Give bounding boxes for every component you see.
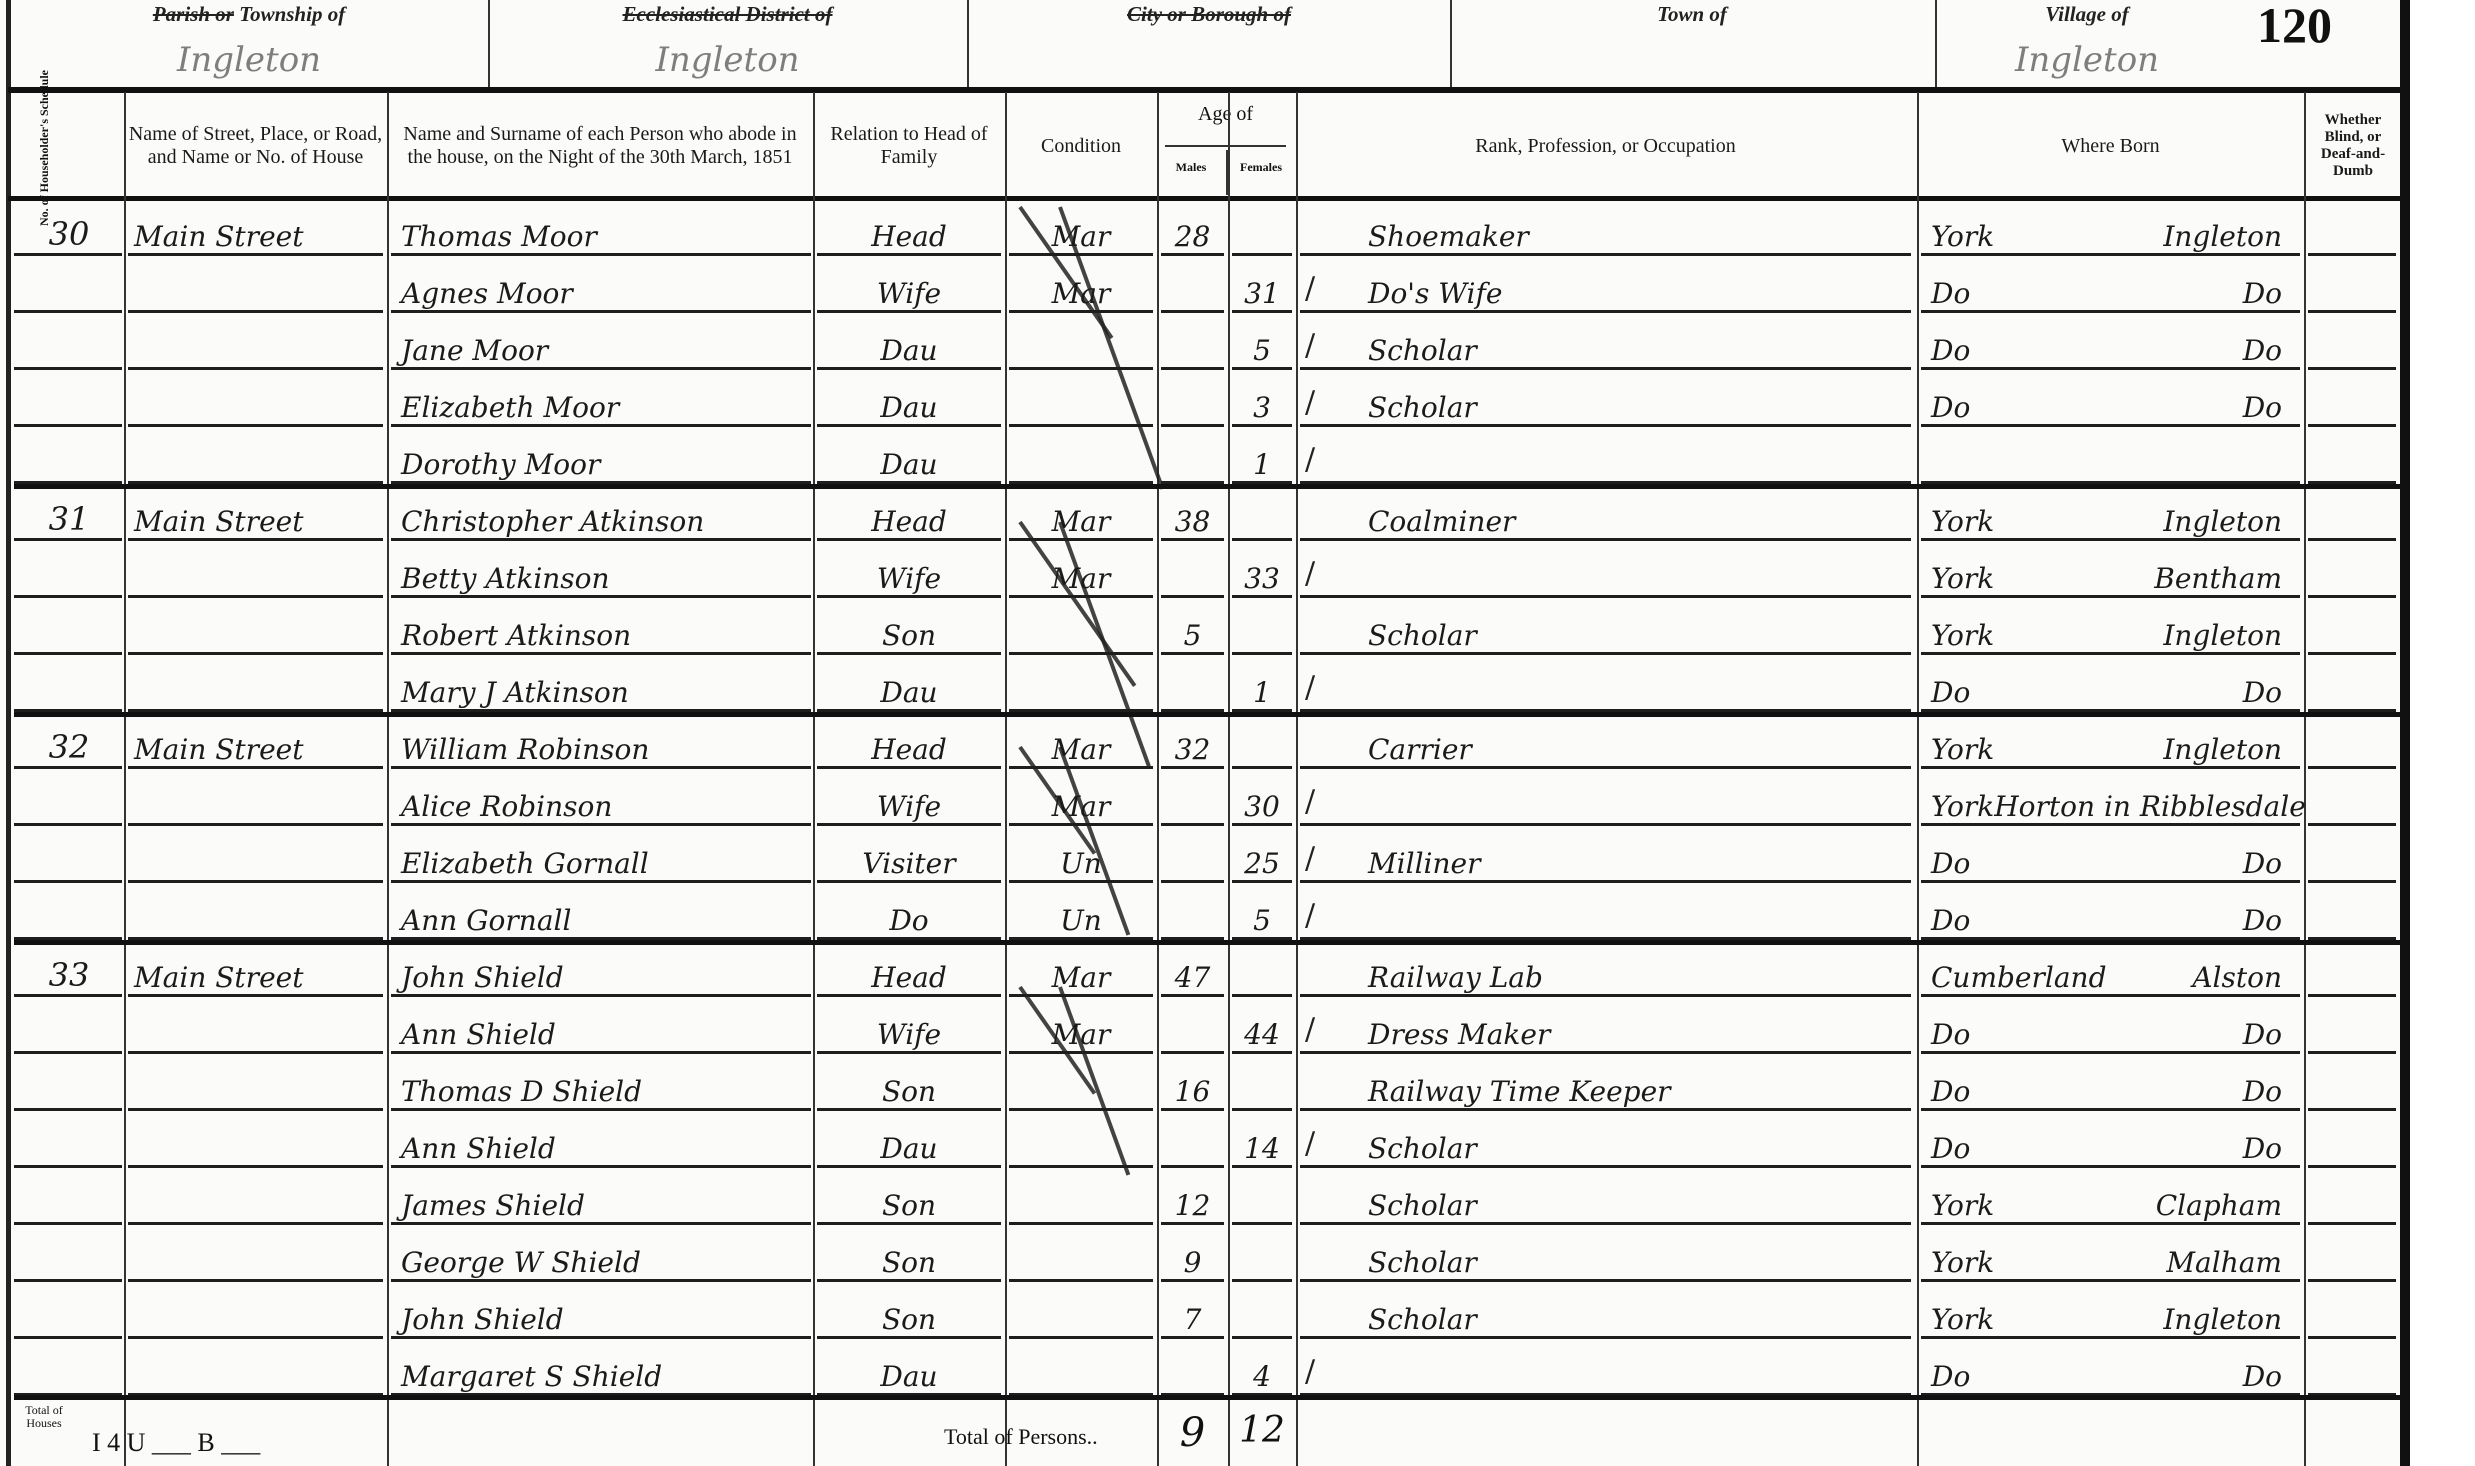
condition: Mar bbox=[1007, 943, 1155, 1000]
born-place: Do bbox=[2243, 391, 2282, 424]
condition bbox=[1007, 430, 1155, 487]
age-female bbox=[1230, 601, 1294, 658]
table-row: 32Main StreetWilliam RobinsonHeadMar32Ca… bbox=[14, 715, 2400, 772]
relation: Dau bbox=[815, 316, 1003, 373]
age-female: 5 bbox=[1230, 886, 1294, 943]
table-row: Betty AtkinsonWifeMar33YorkBentham bbox=[14, 544, 2400, 601]
table-row: James ShieldSon12ScholarYorkClapham bbox=[14, 1171, 2400, 1228]
blind-deaf bbox=[2306, 1342, 2400, 1399]
relation: Head bbox=[815, 715, 1003, 772]
age-male: 7 bbox=[1159, 1285, 1226, 1342]
relation: Dau bbox=[815, 1342, 1003, 1399]
age-male bbox=[1159, 1342, 1226, 1399]
street-name bbox=[126, 658, 385, 715]
street-name: Main Street bbox=[126, 202, 385, 259]
street-name bbox=[126, 1114, 385, 1171]
street-name bbox=[126, 1342, 385, 1399]
relation: Son bbox=[815, 1057, 1003, 1114]
folio-number: 120 bbox=[2257, 0, 2332, 54]
age-male: 47 bbox=[1159, 943, 1226, 1000]
street-name bbox=[126, 886, 385, 943]
where-born: DoDo bbox=[1919, 373, 2302, 430]
condition bbox=[1007, 316, 1155, 373]
parish-label: Township of bbox=[239, 2, 345, 26]
born-county: Cumberland bbox=[1931, 961, 2107, 994]
born-county: York bbox=[1931, 790, 1994, 823]
occupation: Dress Maker bbox=[1298, 1000, 1913, 1057]
blind-deaf bbox=[2306, 943, 2400, 1000]
totals-row: Total of Houses I 4 U ___ B ___ Total of… bbox=[14, 1400, 2400, 1466]
born-place: Malham bbox=[2166, 1246, 2282, 1279]
person-name: Mary J Atkinson bbox=[389, 658, 811, 715]
born-county: Do bbox=[1931, 1360, 1970, 1393]
blind-deaf bbox=[2306, 1171, 2400, 1228]
occupation: Railway Time Keeper bbox=[1298, 1057, 1913, 1114]
blind-deaf bbox=[2306, 658, 2400, 715]
occupation bbox=[1298, 1342, 1913, 1399]
table-row: Elizabeth GornallVisiterUn25MillinerDoDo bbox=[14, 829, 2400, 886]
condition: Mar bbox=[1007, 1000, 1155, 1057]
person-name: James Shield bbox=[389, 1171, 811, 1228]
schedule-number bbox=[14, 1171, 124, 1228]
born-county: York bbox=[1931, 619, 1994, 652]
age-female: 25 bbox=[1230, 829, 1294, 886]
relation: Son bbox=[815, 1171, 1003, 1228]
condition bbox=[1007, 1228, 1155, 1285]
condition: Un bbox=[1007, 886, 1155, 943]
table-row: 33Main StreetJohn ShieldHeadMar47Railway… bbox=[14, 943, 2400, 1000]
person-name: Christopher Atkinson bbox=[389, 487, 811, 544]
where-born: DoDo bbox=[1919, 316, 2302, 373]
ecclesiastical-label: Ecclesiastical District of bbox=[623, 2, 833, 26]
age-male bbox=[1159, 430, 1226, 487]
born-place: Ingleton bbox=[2163, 733, 2282, 766]
table-row: Dorothy MoorDau1 bbox=[14, 430, 2400, 487]
table-row: Ann ShieldWifeMar44Dress MakerDoDo bbox=[14, 1000, 2400, 1057]
blind-deaf bbox=[2306, 544, 2400, 601]
relation: Head bbox=[815, 487, 1003, 544]
blind-deaf bbox=[2306, 1114, 2400, 1171]
occupation: Scholar bbox=[1298, 1228, 1913, 1285]
age-male bbox=[1159, 544, 1226, 601]
age-female: 14 bbox=[1230, 1114, 1294, 1171]
where-born: DoDo bbox=[1919, 1114, 2302, 1171]
blind-deaf bbox=[2306, 886, 2400, 943]
parish-label-struck: Parish or bbox=[153, 2, 234, 26]
street-name bbox=[126, 544, 385, 601]
person-name: John Shield bbox=[389, 943, 811, 1000]
relation: Visiter bbox=[815, 829, 1003, 886]
age-female: 1 bbox=[1230, 430, 1294, 487]
occupation bbox=[1298, 886, 1913, 943]
age-female bbox=[1230, 487, 1294, 544]
header-rule bbox=[8, 87, 2400, 93]
table-row: John ShieldSon7ScholarYorkIngleton bbox=[14, 1285, 2400, 1342]
age-male bbox=[1159, 829, 1226, 886]
houses-count: I 4 U ___ B ___ bbox=[92, 1428, 260, 1458]
born-place: Bentham bbox=[2154, 562, 2282, 595]
person-name: Elizabeth Gornall bbox=[389, 829, 811, 886]
born-place: Do bbox=[2243, 277, 2282, 310]
person-name: Thomas Moor bbox=[389, 202, 811, 259]
where-born: DoDo bbox=[1919, 886, 2302, 943]
age-male bbox=[1159, 1000, 1226, 1057]
born-county: York bbox=[1931, 562, 1994, 595]
schedule-number bbox=[14, 1228, 124, 1285]
age-male: 5 bbox=[1159, 601, 1226, 658]
ecclesiastical-value: Ingleton bbox=[490, 40, 965, 80]
schedule-number bbox=[14, 829, 124, 886]
relation: Do bbox=[815, 886, 1003, 943]
schedule-number bbox=[14, 259, 124, 316]
relation: Wife bbox=[815, 259, 1003, 316]
age-male: 9 bbox=[1159, 1228, 1226, 1285]
blind-deaf bbox=[2306, 430, 2400, 487]
age-male bbox=[1159, 316, 1226, 373]
condition bbox=[1007, 1285, 1155, 1342]
condition bbox=[1007, 1342, 1155, 1399]
header-condition: Condition bbox=[1007, 95, 1155, 197]
occupation bbox=[1298, 772, 1913, 829]
street-name: Main Street bbox=[126, 715, 385, 772]
schedule-number bbox=[14, 373, 124, 430]
born-place: Do bbox=[2243, 1360, 2282, 1393]
table-row: Margaret S ShieldDau4DoDo bbox=[14, 1342, 2400, 1399]
where-born: DoDo bbox=[1919, 658, 2302, 715]
where-born: YorkBentham bbox=[1919, 544, 2302, 601]
where-born: DoDo bbox=[1919, 1057, 2302, 1114]
occupation: Railway Lab bbox=[1298, 943, 1913, 1000]
where-born: DoDo bbox=[1919, 1342, 2302, 1399]
age-female bbox=[1230, 1228, 1294, 1285]
relation: Dau bbox=[815, 658, 1003, 715]
where-born: YorkIngleton bbox=[1919, 487, 2302, 544]
occupation bbox=[1298, 430, 1913, 487]
age-female: 1 bbox=[1230, 658, 1294, 715]
table-row: Ann ShieldDau14ScholarDoDo bbox=[14, 1114, 2400, 1171]
blind-deaf bbox=[2306, 1285, 2400, 1342]
relation: Dau bbox=[815, 1114, 1003, 1171]
born-county: Do bbox=[1931, 1075, 1970, 1108]
street-name bbox=[126, 1228, 385, 1285]
blind-deaf bbox=[2306, 259, 2400, 316]
town-label: Town of bbox=[1657, 2, 1727, 26]
born-place: Clapham bbox=[2156, 1189, 2282, 1222]
where-born: YorkIngleton bbox=[1919, 202, 2302, 259]
born-place: Do bbox=[2243, 1132, 2282, 1165]
village-label: Village of bbox=[2045, 2, 2128, 26]
blind-deaf bbox=[2306, 829, 2400, 886]
schedule-number bbox=[14, 886, 124, 943]
relation: Dau bbox=[815, 430, 1003, 487]
relation: Head bbox=[815, 943, 1003, 1000]
condition bbox=[1007, 373, 1155, 430]
blind-deaf bbox=[2306, 1228, 2400, 1285]
relation: Son bbox=[815, 1285, 1003, 1342]
header-occupation: Rank, Profession, or Occupation bbox=[1298, 95, 1913, 197]
relation: Wife bbox=[815, 1000, 1003, 1057]
age-female bbox=[1230, 943, 1294, 1000]
blind-deaf bbox=[2306, 772, 2400, 829]
occupation bbox=[1298, 658, 1913, 715]
age-male bbox=[1159, 658, 1226, 715]
age-female bbox=[1230, 202, 1294, 259]
table-row: Jane MoorDau5ScholarDoDo bbox=[14, 316, 2400, 373]
street-name bbox=[126, 601, 385, 658]
born-county: Do bbox=[1931, 1018, 1970, 1051]
born-county: York bbox=[1931, 1189, 1994, 1222]
header-bottom-rule bbox=[8, 196, 2400, 201]
born-place: Alston bbox=[2192, 961, 2282, 994]
person-name: Margaret S Shield bbox=[389, 1342, 811, 1399]
header-age-label: Age of bbox=[1157, 103, 1294, 126]
relation: Head bbox=[815, 202, 1003, 259]
person-name: Thomas D Shield bbox=[389, 1057, 811, 1114]
person-name: William Robinson bbox=[389, 715, 811, 772]
occupation: Scholar bbox=[1298, 373, 1913, 430]
household-separator bbox=[14, 484, 2400, 489]
census-page: Parish or Township of Ingleton Ecclesias… bbox=[0, 0, 2410, 1466]
street-name bbox=[126, 316, 385, 373]
header-age: Age of Males Females bbox=[1157, 95, 1294, 197]
born-county: Do bbox=[1931, 904, 1970, 937]
occupation: Carrier bbox=[1298, 715, 1913, 772]
person-name: George W Shield bbox=[389, 1228, 811, 1285]
header-females: Females bbox=[1227, 160, 1295, 175]
blind-deaf bbox=[2306, 1000, 2400, 1057]
parish-field: Parish or Township of Ingleton bbox=[14, 0, 484, 90]
age-male bbox=[1159, 886, 1226, 943]
schedule-number bbox=[14, 1114, 124, 1171]
table-row: Agnes MoorWifeMar31Do's WifeDoDo bbox=[14, 259, 2400, 316]
age-female bbox=[1230, 715, 1294, 772]
born-county: York bbox=[1931, 1246, 1994, 1279]
schedule-number bbox=[14, 1342, 124, 1399]
age-male: 38 bbox=[1159, 487, 1226, 544]
table-row: Elizabeth MoorDau3ScholarDoDo bbox=[14, 373, 2400, 430]
schedule-number: 31 bbox=[14, 487, 124, 544]
person-name: Ann Shield bbox=[389, 1114, 811, 1171]
age-male: 32 bbox=[1159, 715, 1226, 772]
age-female: 3 bbox=[1230, 373, 1294, 430]
where-born: DoDo bbox=[1919, 259, 2302, 316]
where-born: YorkMalham bbox=[1919, 1228, 2302, 1285]
age-male: 28 bbox=[1159, 202, 1226, 259]
occupation: Milliner bbox=[1298, 829, 1913, 886]
street-name bbox=[126, 259, 385, 316]
table-row: Alice RobinsonWifeMar30YorkHorton in Rib… bbox=[14, 772, 2400, 829]
household-separator bbox=[14, 940, 2400, 945]
born-place: Ingleton bbox=[2163, 220, 2282, 253]
age-male: 16 bbox=[1159, 1057, 1226, 1114]
street-name bbox=[126, 1285, 385, 1342]
where-born bbox=[1919, 430, 2302, 487]
age-male: 12 bbox=[1159, 1171, 1226, 1228]
condition bbox=[1007, 1114, 1155, 1171]
relation: Son bbox=[815, 601, 1003, 658]
where-born: YorkHorton in Ribblesdale bbox=[1919, 772, 2302, 829]
schedule-number bbox=[14, 430, 124, 487]
person-name: Betty Atkinson bbox=[389, 544, 811, 601]
born-place: Ingleton bbox=[2163, 505, 2282, 538]
born-place: Ingleton bbox=[2163, 1303, 2282, 1336]
relation: Wife bbox=[815, 772, 1003, 829]
condition bbox=[1007, 658, 1155, 715]
where-born: DoDo bbox=[1919, 1000, 2302, 1057]
city-label: City or Borough of bbox=[1127, 2, 1291, 26]
city-field: City or Borough of bbox=[969, 0, 1449, 90]
blind-deaf bbox=[2306, 487, 2400, 544]
condition: Mar bbox=[1007, 544, 1155, 601]
born-place: Ingleton bbox=[2163, 619, 2282, 652]
blind-deaf bbox=[2306, 715, 2400, 772]
occupation bbox=[1298, 544, 1913, 601]
town-field: Town of bbox=[1452, 0, 1932, 90]
age-female: 5 bbox=[1230, 316, 1294, 373]
condition bbox=[1007, 601, 1155, 658]
person-name: John Shield bbox=[389, 1285, 811, 1342]
right-border bbox=[2400, 0, 2410, 1466]
relation: Dau bbox=[815, 373, 1003, 430]
condition: Mar bbox=[1007, 259, 1155, 316]
age-female bbox=[1230, 1285, 1294, 1342]
born-county: Do bbox=[1931, 676, 1970, 709]
total-females: 12 bbox=[1230, 1410, 1294, 1451]
person-name: Elizabeth Moor bbox=[389, 373, 811, 430]
born-place: Do bbox=[2243, 847, 2282, 880]
born-place: Do bbox=[2243, 334, 2282, 367]
total-persons-label: Total of Persons.. bbox=[944, 1424, 1098, 1450]
born-county: York bbox=[1931, 733, 1994, 766]
street-name bbox=[126, 373, 385, 430]
born-county: Do bbox=[1931, 334, 1970, 367]
schedule-number bbox=[14, 316, 124, 373]
born-county: Do bbox=[1931, 391, 1970, 424]
age-male bbox=[1159, 1114, 1226, 1171]
street-name bbox=[126, 1000, 385, 1057]
condition: Mar bbox=[1007, 772, 1155, 829]
table-row: 31Main StreetChristopher AtkinsonHeadMar… bbox=[14, 487, 2400, 544]
condition bbox=[1007, 1171, 1155, 1228]
occupation: Scholar bbox=[1298, 1285, 1913, 1342]
condition: Un bbox=[1007, 829, 1155, 886]
street-name bbox=[126, 1057, 385, 1114]
ecclesiastical-field: Ecclesiastical District of Ingleton bbox=[490, 0, 965, 90]
where-born: YorkIngleton bbox=[1919, 1285, 2302, 1342]
relation: Wife bbox=[815, 544, 1003, 601]
blind-deaf bbox=[2306, 202, 2400, 259]
street-name bbox=[126, 829, 385, 886]
condition: Mar bbox=[1007, 202, 1155, 259]
parish-value: Ingleton bbox=[14, 40, 484, 80]
age-female: 4 bbox=[1230, 1342, 1294, 1399]
schedule-number bbox=[14, 544, 124, 601]
where-born: CumberlandAlston bbox=[1919, 943, 2302, 1000]
household-separator bbox=[14, 712, 2400, 717]
person-name: Jane Moor bbox=[389, 316, 811, 373]
condition: Mar bbox=[1007, 487, 1155, 544]
schedule-number bbox=[14, 601, 124, 658]
age-female: 44 bbox=[1230, 1000, 1294, 1057]
village-field: Village of Ingleton bbox=[1937, 0, 2237, 90]
total-houses-label: Total of Houses bbox=[14, 1404, 74, 1430]
schedule-number: 33 bbox=[14, 943, 124, 1000]
person-name: Robert Atkinson bbox=[389, 601, 811, 658]
left-border bbox=[6, 0, 11, 1466]
person-name: Alice Robinson bbox=[389, 772, 811, 829]
schedule-number bbox=[14, 772, 124, 829]
header-blind: Whether Blind, or Deaf-and-Dumb bbox=[2306, 95, 2400, 197]
table-row: Mary J AtkinsonDau1DoDo bbox=[14, 658, 2400, 715]
person-name: Ann Shield bbox=[389, 1000, 811, 1057]
header-schedule: No. of Householder's Schedule bbox=[14, 100, 74, 195]
age-female: 33 bbox=[1230, 544, 1294, 601]
born-county: Do bbox=[1931, 277, 1970, 310]
where-born: YorkClapham bbox=[1919, 1171, 2302, 1228]
table-row: Robert AtkinsonSon5ScholarYorkIngleton bbox=[14, 601, 2400, 658]
total-males: 9 bbox=[1159, 1410, 1226, 1456]
born-place: Do bbox=[2243, 676, 2282, 709]
schedule-number: 32 bbox=[14, 715, 124, 772]
age-female: 31 bbox=[1230, 259, 1294, 316]
born-place: Do bbox=[2243, 904, 2282, 937]
blind-deaf bbox=[2306, 373, 2400, 430]
where-born: DoDo bbox=[1919, 829, 2302, 886]
born-county: Do bbox=[1931, 847, 1970, 880]
person-name: Agnes Moor bbox=[389, 259, 811, 316]
schedule-number bbox=[14, 1000, 124, 1057]
header-street: Name of Street, Place, or Road, and Name… bbox=[126, 95, 385, 197]
occupation: Scholar bbox=[1298, 601, 1913, 658]
table-row: 30Main StreetThomas MoorHeadMar28Shoemak… bbox=[14, 202, 2400, 259]
occupation: Coalminer bbox=[1298, 487, 1913, 544]
age-female bbox=[1230, 1057, 1294, 1114]
born-county: York bbox=[1931, 505, 1994, 538]
occupation: Shoemaker bbox=[1298, 202, 1913, 259]
blind-deaf bbox=[2306, 1057, 2400, 1114]
header-where-born: Where Born bbox=[1919, 95, 2302, 197]
schedule-number bbox=[14, 658, 124, 715]
header-relation: Relation to Head of Family bbox=[815, 95, 1003, 197]
age-female: 30 bbox=[1230, 772, 1294, 829]
born-place: Do bbox=[2243, 1075, 2282, 1108]
schedule-number bbox=[14, 1285, 124, 1342]
table-row: Thomas D ShieldSon16Railway Time KeeperD… bbox=[14, 1057, 2400, 1114]
street-name bbox=[126, 772, 385, 829]
village-value: Ingleton bbox=[1937, 40, 2237, 80]
table-row: George W ShieldSon9ScholarYorkMalham bbox=[14, 1228, 2400, 1285]
street-name bbox=[126, 430, 385, 487]
person-name: Dorothy Moor bbox=[389, 430, 811, 487]
schedule-number bbox=[14, 1057, 124, 1114]
occupation: Scholar bbox=[1298, 1171, 1913, 1228]
born-county: York bbox=[1931, 1303, 1994, 1336]
where-born: YorkIngleton bbox=[1919, 715, 2302, 772]
born-county: Do bbox=[1931, 1132, 1970, 1165]
born-place: Do bbox=[2243, 1018, 2282, 1051]
occupation: Do's Wife bbox=[1298, 259, 1913, 316]
header-name: Name and Surname of each Person who abod… bbox=[389, 95, 811, 197]
schedule-number: 30 bbox=[14, 202, 124, 259]
condition: Mar bbox=[1007, 715, 1155, 772]
age-male bbox=[1159, 772, 1226, 829]
relation: Son bbox=[815, 1228, 1003, 1285]
blind-deaf bbox=[2306, 601, 2400, 658]
header-males: Males bbox=[1157, 160, 1225, 175]
table-row: Ann GornallDoUn5DoDo bbox=[14, 886, 2400, 943]
occupation: Scholar bbox=[1298, 1114, 1913, 1171]
street-name: Main Street bbox=[126, 487, 385, 544]
